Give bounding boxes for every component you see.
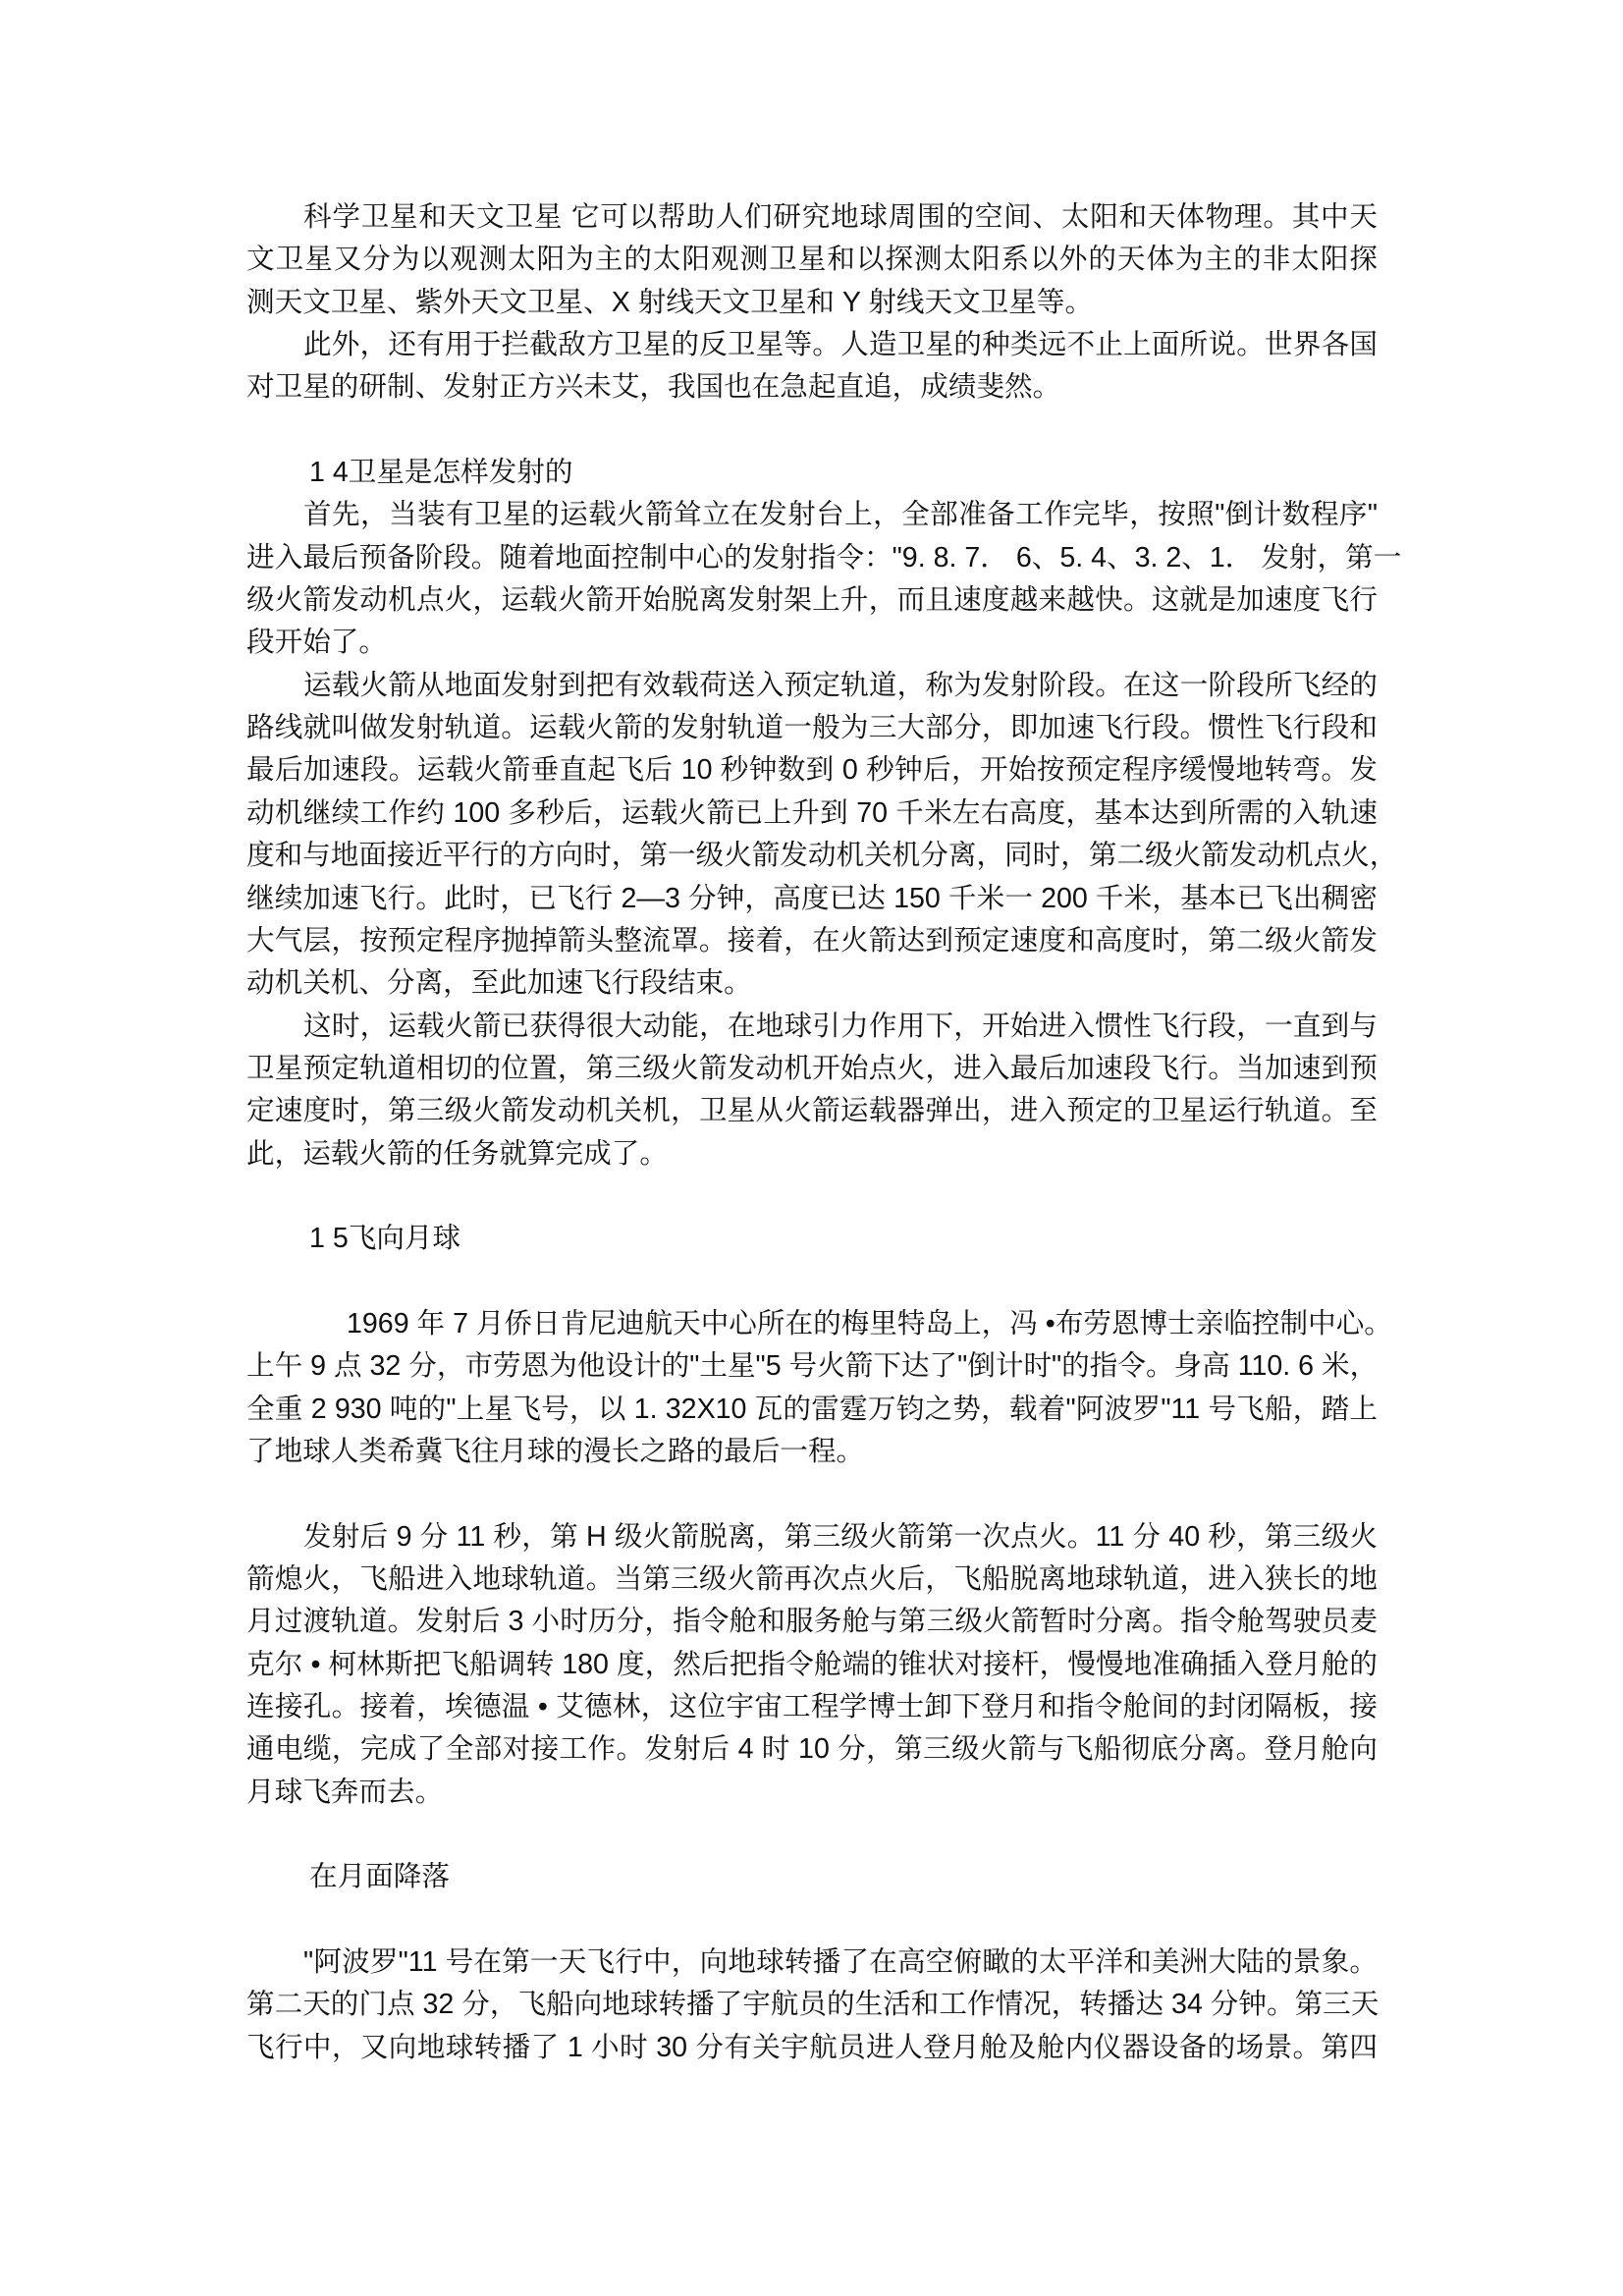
text-line: 通电缆，完成了全部对接工作。发射后 4 时 10 分，第三级火箭与飞船彻底分离。…: [246, 1728, 1378, 1771]
blank-line: [246, 1261, 1378, 1303]
text-line: 度和与地面接近平行的方向时，第一级火箭发动机关机分离，同时，第二级火箭发动机点火…: [246, 835, 1378, 877]
text-line: 定速度时，第三级火箭发动机关机，卫星从火箭运载器弹出，进入预定的卫星运行轨道。至: [246, 1090, 1378, 1132]
text-line: 动机继续工作约 100 多秒后，运载火箭已上升到 70 千米左右高度，基本达到所…: [246, 793, 1378, 835]
text-line: 动机关机、分离，至此加速飞行段结束。: [246, 962, 1378, 1005]
text-line: 继续加速飞行。此时，已飞行 2—3 分钟，高度已达 150 千米一 200 千米…: [246, 878, 1378, 920]
blank-line: [246, 410, 1378, 452]
text-line: 月过渡轨道。发射后 3 小时历分，指令舱和服务舱与第三级火箭暂时分离。指令舱驾驶…: [246, 1601, 1378, 1643]
text-line: 这时，运载火箭已获得很大动能，在地球引力作用下，开始进入惯性飞行段，一直到与: [246, 1006, 1378, 1048]
paragraph-inertial-phase: 这时，运载火箭已获得很大动能，在地球引力作用下，开始进入惯性飞行段，一直到与 卫…: [246, 1006, 1378, 1175]
text-line: 第二天的门点 32 分，飞船向地球转播了宇航员的生活和工作情况，转播达 34 分…: [246, 1984, 1378, 2026]
blank-line: [246, 1473, 1378, 1515]
text-line: 科学卫星和天文卫星 它可以帮助人们研究地球周围的空间、太阳和天体物理。其中天: [246, 196, 1378, 239]
paragraph-science-satellites: 科学卫星和天文卫星 它可以帮助人们研究地球周围的空间、太阳和天体物理。其中天 文…: [246, 196, 1378, 324]
paragraph-docking: 发射后 9 分 11 秒，第 H 级火箭脱离，第三级火箭第一次点火。11 分 4…: [246, 1516, 1378, 1814]
text-line: 飞行中，又向地球转播了 1 小时 30 分有关宇航员进人登月舱及舱内仪器设备的场…: [246, 2027, 1378, 2069]
document-page: 科学卫星和天文卫星 它可以帮助人们研究地球周围的空间、太阳和天体物理。其中天 文…: [246, 196, 1378, 2069]
text-line: 段开始了。: [246, 622, 1378, 664]
text-line: 卫星预定轨道相切的位置，第三级火箭发动机开始点火，进入最后加速段飞行。当加速到预: [246, 1048, 1378, 1090]
section-heading-launch: 1 4卫星是怎样发射的: [246, 452, 1378, 494]
section-heading-moon: 1 5飞向月球: [246, 1218, 1378, 1260]
text-line: 对卫星的研制、发射正方兴未艾，我国也在急起直追，成绩斐然。: [246, 366, 1378, 409]
paragraph-1969-launch: 1969 年 7 月侨日肯尼迪航天中心所在的梅里特岛上，冯 •布劳恩博士亲临控制…: [246, 1303, 1378, 1473]
text-line: 进入最后预备阶段。随着地面控制中心的发射指令："9. 8. 7． 6、5. 4、…: [246, 537, 1378, 579]
text-line: 了地球人类希冀飞往月球的漫长之路的最后一程。: [246, 1431, 1378, 1473]
paragraph-countdown: 首先，当装有卫星的运载火箭耸立在发射台上，全部准备工作完毕，按照"倒计数程序" …: [246, 494, 1378, 664]
text-line: 全重 2 930 吨的"上星飞号，以 1. 32X10 瓦的雷霆万钧之势，载着"…: [246, 1389, 1378, 1431]
section-heading-landing: 在月面降落: [246, 1856, 1378, 1898]
text-line: 克尔 • 柯林斯把飞船调转 180 度，然后把指令舱端的锥状对接杆，慢慢地准确插…: [246, 1644, 1378, 1686]
text-line: 级火箭发动机点火，运载火箭开始脱离发射架上升，而且速度越来越快。这就是加速度飞行: [246, 579, 1378, 622]
text-line: 最后加速段。运载火箭垂直起飞后 10 秒钟数到 0 秒钟后，开始按预定程序缓慢地…: [246, 749, 1378, 792]
text-line: 月球飞奔而去。: [246, 1772, 1378, 1814]
text-line: 上午 9 点 32 分，市劳恩为他设计的"土星"5 号火箭下达了"倒计时"的指令…: [246, 1345, 1378, 1388]
paragraph-launch-phase: 运载火箭从地面发射到把有效载荷送入预定轨道，称为发射阶段。在这一阶段所飞经的 路…: [246, 665, 1378, 1006]
paragraph-broadcast: "阿波罗"11 号在第一天飞行中，向地球转播了在高空俯瞰的太平洋和美洲大陆的景象…: [246, 1941, 1378, 2069]
paragraph-anti-satellites: 此外，还有用于拦截敌方卫星的反卫星等。人造卫星的种类远不止上面所说。世界各国 对…: [246, 324, 1378, 410]
text-line: 运载火箭从地面发射到把有效载荷送入预定轨道，称为发射阶段。在这一阶段所飞经的: [246, 665, 1378, 707]
text-line: 连接孔。接着，埃德温 • 艾德林，这位宇宙工程学博士卸下登月和指令舱间的封闭隔板…: [246, 1686, 1378, 1728]
text-line: 发射后 9 分 11 秒，第 H 级火箭脱离，第三级火箭第一次点火。11 分 4…: [246, 1516, 1378, 1558]
text-line: 大气层，按预定程序抛掉箭头整流罩。接着，在火箭达到预定速度和高度时，第二级火箭发: [246, 920, 1378, 962]
text-line: 文卫星又分为以观测太阳为主的太阳观测卫星和以探测太阳系以外的天体为主的非太阳探: [246, 239, 1378, 281]
text-line: 此外，还有用于拦截敌方卫星的反卫星等。人造卫星的种类远不止上面所说。世界各国: [246, 324, 1378, 366]
text-line: 1969 年 7 月侨日肯尼迪航天中心所在的梅里特岛上，冯 •布劳恩博士亲临控制…: [246, 1303, 1378, 1345]
blank-line: [246, 1175, 1378, 1218]
text-line: 首先，当装有卫星的运载火箭耸立在发射台上，全部准备工作完毕，按照"倒计数程序": [246, 494, 1378, 536]
text-line: 此，运载火箭的任务就算完成了。: [246, 1133, 1378, 1175]
blank-line: [246, 1899, 1378, 1941]
blank-line: [246, 1814, 1378, 1856]
text-line: "阿波罗"11 号在第一天飞行中，向地球转播了在高空俯瞰的太平洋和美洲大陆的景象…: [246, 1941, 1378, 1984]
text-line: 路线就叫做发射轨道。运载火箭的发射轨道一般为三大部分，即加速飞行段。惯性飞行段和: [246, 707, 1378, 749]
text-line: 箭熄火，飞船进入地球轨道。当第三级火箭再次点火后，飞船脱离地球轨道，进入狭长的地: [246, 1558, 1378, 1601]
text-line: 测天文卫星、紫外天文卫星、X 射线天文卫星和 Y 射线天文卫星等。: [246, 282, 1378, 324]
